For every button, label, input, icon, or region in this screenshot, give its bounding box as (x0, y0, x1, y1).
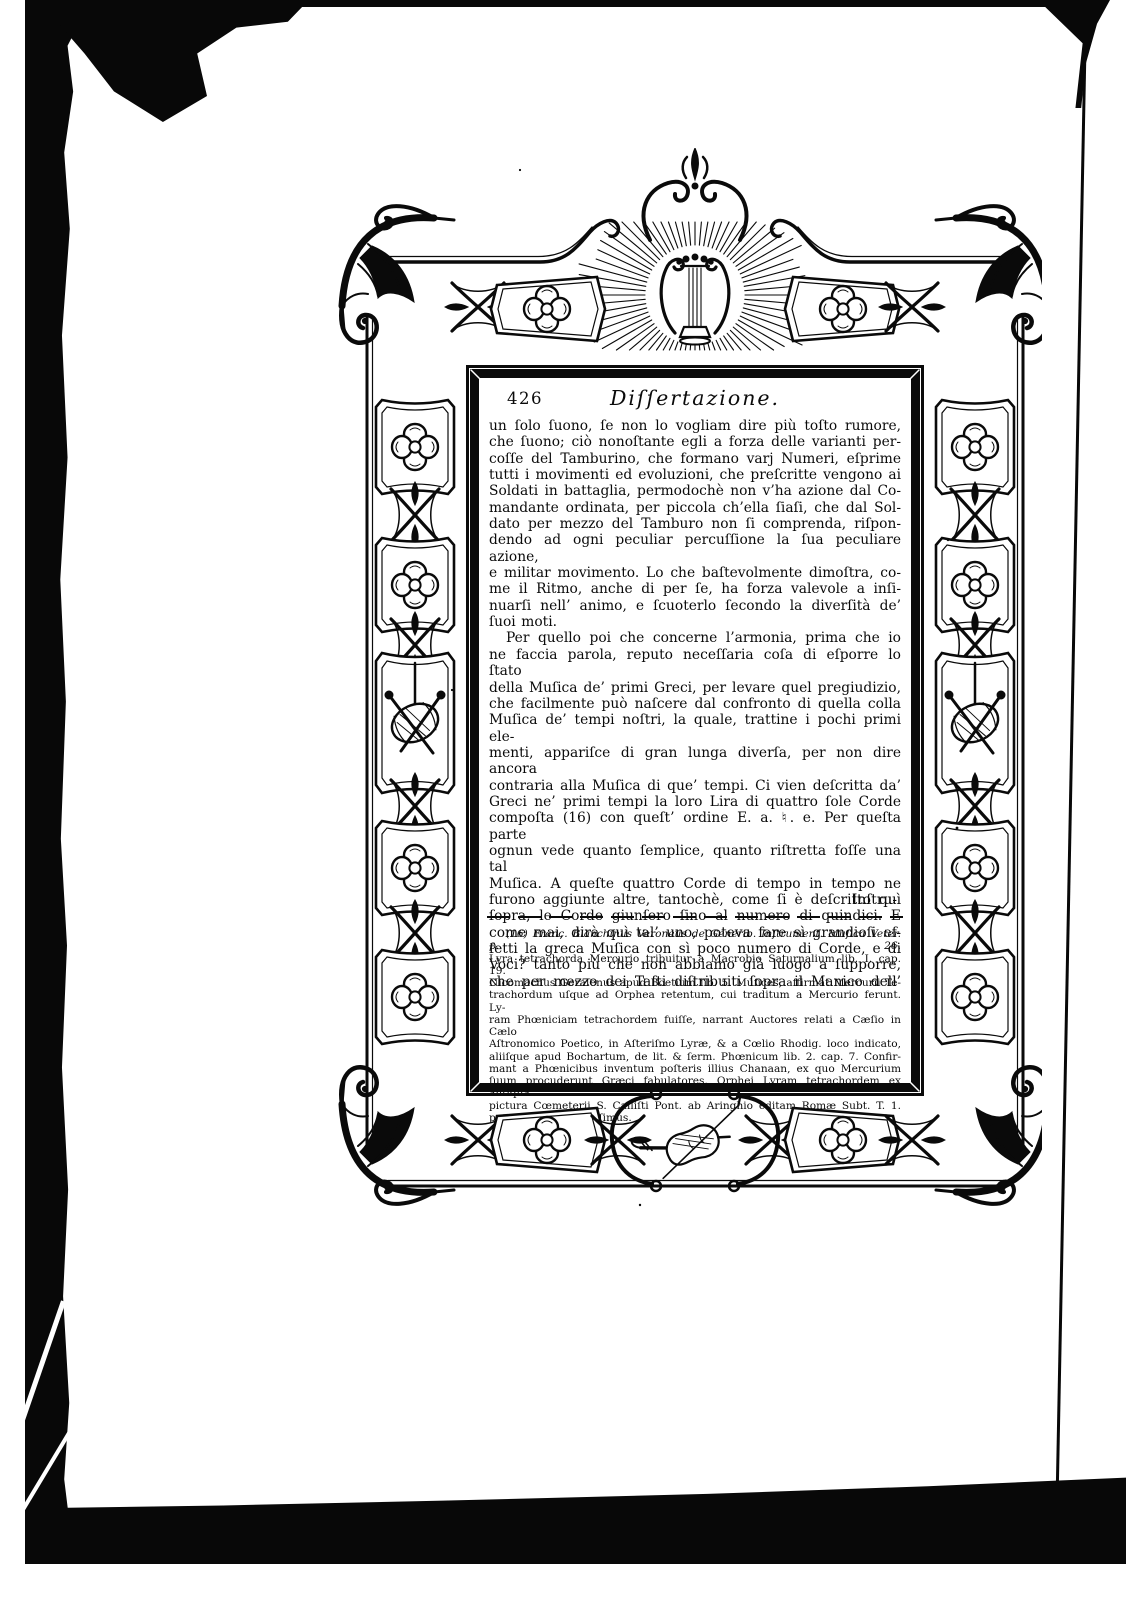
text-line: Per quello poi che concerne l’armonia, p… (489, 630, 901, 646)
text-line: Nicomachus Geraſenus apud Boetium lib. 5… (489, 977, 901, 989)
foliate-knot-icon (445, 283, 511, 331)
text-line: compoſta (16) con queſt’ ordine E. a. ♮.… (489, 810, 901, 843)
drum-icon (936, 653, 1014, 793)
foliate-knot-icon (391, 773, 439, 839)
text-line: della Muſica de’ primi Greci, per levare… (489, 680, 901, 696)
text-line: un ſolo ſuono, ſe non lo vogliam dire pi… (489, 418, 901, 434)
text-line: ſuum procuderunt Græci fabulatores. Orph… (489, 1075, 901, 1100)
sunburst-rays (579, 222, 809, 350)
corner-scroll-icon (936, 1067, 1042, 1204)
corner-scroll-icon (936, 206, 1042, 343)
foliate-knot-icon (879, 283, 945, 331)
rosette-icon (392, 562, 438, 608)
text-line: Soldati in battaglia, permodochè non v’h… (489, 483, 901, 499)
body-text: un ſolo ſuono, ſe non lo vogliam dire pi… (489, 418, 901, 990)
text-line: me il Ritmo, anche di per ſe, ha forza v… (489, 581, 901, 597)
text-line: Muſica. A queſte quattro Corde di tempo … (489, 876, 901, 892)
text-line: contraria alla Muſica di que’ tempi. Ci … (489, 778, 901, 794)
drum-icon (376, 653, 454, 793)
rosette-icon (392, 845, 438, 891)
text-line: nuarſi nell’ animo, e ſcuoterlo ſecondo … (489, 598, 901, 614)
rosette-icon (952, 845, 998, 891)
text-line: coſſe del Tamburino, che formano varj Nu… (489, 451, 901, 467)
running-header: 426 Diſſertazione. (479, 384, 911, 414)
text-line: pag. 563. hic expreſſimus. (489, 1112, 901, 1124)
rosette-icon (952, 424, 998, 470)
scan-edge-bottom (25, 1468, 1126, 1564)
scanned-book-page: 426 Diſſertazione. un ſolo ſuono, ſe non… (0, 0, 1126, 1600)
text-line: che facilmente può naſcere dal confronto… (489, 696, 901, 712)
foliate-knot-icon (951, 900, 999, 966)
lyre-icon (661, 254, 729, 345)
page-title: Diſſertazione. (479, 384, 911, 410)
text-line: trachordum uſque ad Orphea retentum, cui… (489, 989, 901, 1014)
footnote-separator (487, 916, 903, 918)
text-line: dato per mezzo del Tamburo non ſi compre… (489, 516, 901, 532)
text-line: menti, appariſce di gran lunga diverſa, … (489, 745, 901, 778)
text-line: Greci ne’ primi tempi la loro Lira di qu… (489, 794, 901, 810)
rosette-icon (392, 424, 438, 470)
text-line: aliiſque apud Bochartum, de lit. & ſerm.… (489, 1051, 901, 1063)
scan-edge-top-left (60, 4, 305, 122)
foliate-knot-icon (951, 482, 999, 548)
rosette-icon (952, 562, 998, 608)
text-line: pictura Cœmeterii S. Calliſti Pont. ab A… (489, 1100, 901, 1112)
page-number: 426 (507, 389, 543, 408)
foliate-knot-icon (391, 900, 439, 966)
text-line: ram Phœniciam tetrachordem fuiſſe, narra… (489, 1014, 901, 1039)
scan-edge-left (25, 0, 81, 1525)
catchword: Inſtru- (852, 892, 897, 908)
text-line: mant a Phœnicibus inventum poſteris illi… (489, 1063, 901, 1075)
text-line: ne faccia parola, reputo neceſſaria coſa… (489, 647, 901, 680)
right-border-band (936, 400, 1014, 1044)
corner-scroll-icon (341, 1067, 454, 1204)
text-line: ognun vede quanto ſemplice, quanto riſtr… (489, 843, 901, 876)
page-gutter-line (1056, 20, 1087, 1502)
text-line: (16) Franc. Blanchinus Veroneus de Gener… (489, 928, 901, 953)
foliate-knot-icon (391, 482, 439, 548)
foliate-knot-icon (391, 612, 439, 678)
text-line: Muſica de’ tempi noſtri, la quale, tratt… (489, 712, 901, 745)
rosette-panel (785, 277, 899, 341)
corner-scroll-icon (341, 206, 454, 343)
footnote-text: (16) Franc. Blanchinus Veroneus de Gener… (489, 928, 901, 1124)
left-border-band (376, 400, 454, 1044)
text-line: ſuoi moti. (489, 614, 901, 630)
foliate-knot-icon (951, 612, 999, 678)
text-line: tutti i movimenti ed evoluzioni, che pre… (489, 467, 901, 483)
text-line: dendo ad ogni peculiar percuſſione la ſu… (489, 532, 901, 565)
scan-edge-top-right (1038, 0, 1110, 108)
rosette-icon (952, 974, 998, 1020)
text-line: mandante ordinata, per piccola ch’ella ſ… (489, 500, 901, 516)
text-line: che ſuono; ciò nonoſtante egli a forza d… (489, 434, 901, 450)
rosette-icon (524, 286, 570, 332)
text-line: furono aggiunte altre, tantochè, come ſi… (489, 892, 901, 908)
rosette-icon (392, 974, 438, 1020)
lyre-sunburst-crest (372, 148, 1018, 350)
foliate-knot-icon (951, 773, 999, 839)
text-line: Lyra tetrachorda Mercurio tribuitur a Ma… (489, 953, 901, 978)
rosette-icon (820, 286, 866, 332)
text-line: Aſtronomico Poetico, in Aſteriſmo Lyræ, … (489, 1038, 901, 1050)
text-block-frame: 426 Diſſertazione. un ſolo ſuono, ſe non… (470, 369, 920, 1092)
rosette-panel (491, 277, 605, 341)
text-line: e militar movimento. Lo che baſtevolment… (489, 565, 901, 581)
